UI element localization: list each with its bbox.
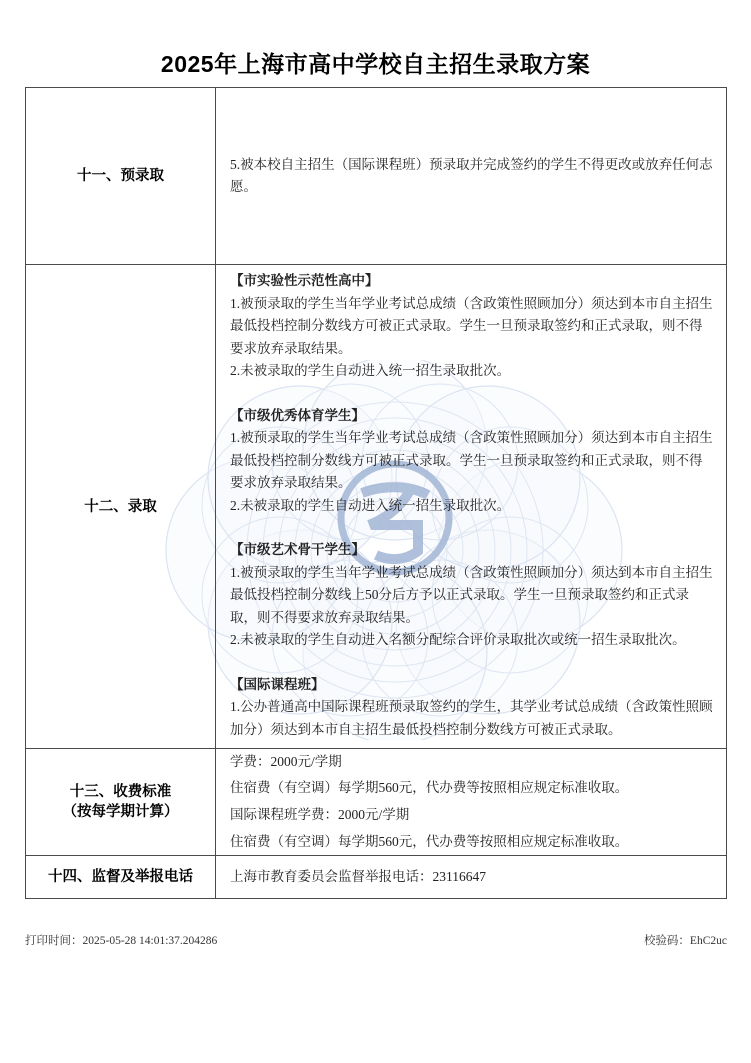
checksum-text: 校验码：EhC2uc	[644, 932, 727, 948]
row-label-text: 十二、录取	[84, 497, 157, 517]
section-item: 2.未被录取的学生自动进入名额分配综合评价录取批次或统一招生录取批次。	[230, 629, 714, 652]
fee-line: 住宿费（有空调）每学期560元，代办费等按照相应规定标准收取。	[230, 829, 714, 856]
section-item: 2.未被录取的学生自动进入统一招生录取批次。	[230, 495, 714, 518]
document-title: 2025年上海市高中学校自主招生录取方案	[0, 46, 751, 79]
section-heading: 【市级优秀体育学生】	[230, 405, 714, 428]
row-label-supervision-phone: 十四、监督及举报电话	[26, 856, 216, 898]
pre-admission-text: 5.被本校自主招生（国际课程班）预录取并完成签约的学生不得更改或放弃任何志愿。	[230, 154, 714, 199]
section-item: 2.未被录取的学生自动进入统一招生录取批次。	[230, 360, 714, 383]
row-label-text: 十一、预录取	[77, 166, 164, 186]
document-page: 2025年上海市高中学校自主招生录取方案 十一、预录取 5.被本校自主招生（国际…	[0, 0, 751, 1063]
fee-line: 住宿费（有空调）每学期560元，代办费等按照相应规定标准收取。	[230, 775, 714, 802]
section-sports-students: 【市级优秀体育学生】 1.被预录取的学生当年学业考试总成绩（含政策性照顾加分）须…	[230, 405, 714, 518]
print-time-text: 打印时间：2025-05-28 14:01:37.204286	[25, 932, 217, 948]
fee-line: 国际课程班学费：2000元/学期	[230, 802, 714, 829]
row-label-subtext: （按每学期计算）	[63, 802, 179, 822]
row-content-pre-admission: 5.被本校自主招生（国际课程班）预录取并完成签约的学生不得更改或放弃任何志愿。	[216, 88, 726, 265]
section-item: 1.被预录取的学生当年学业考试总成绩（含政策性照顾加分）须达到本市自主招生最低投…	[230, 293, 714, 361]
row-content-fees: 学费：2000元/学期 住宿费（有空调）每学期560元，代办费等按照相应规定标准…	[216, 749, 726, 856]
row-label-text: 十四、监督及举报电话	[48, 867, 193, 887]
row-content-supervision-phone: 上海市教育委员会监督举报电话：23116647	[216, 856, 726, 898]
row-label-text: 十三、收费标准	[70, 782, 172, 802]
section-international-program: 【国际课程班】 1.公办普通高中国际课程班预录取签约的学生，其学业考试总成绩（含…	[230, 674, 714, 742]
row-label-fees: 十三、收费标准 （按每学期计算）	[26, 749, 216, 856]
row-content-admission: 【市实验性示范性高中】 1.被预录取的学生当年学业考试总成绩（含政策性照顾加分）…	[216, 265, 726, 749]
row-label-pre-admission: 十一、预录取	[26, 88, 216, 265]
admission-plan-table: 十一、预录取 5.被本校自主招生（国际课程班）预录取并完成签约的学生不得更改或放…	[25, 87, 727, 899]
row-label-admission: 十二、录取	[26, 265, 216, 749]
footer: 打印时间：2025-05-28 14:01:37.204286 校验码：EhC2…	[25, 932, 727, 948]
section-item: 1.被预录取的学生当年学业考试总成绩（含政策性照顾加分）须达到本市自主招生最低投…	[230, 562, 714, 630]
section-heading: 【国际课程班】	[230, 674, 714, 697]
section-heading: 【市实验性示范性高中】	[230, 270, 714, 293]
section-experimental-hs: 【市实验性示范性高中】 1.被预录取的学生当年学业考试总成绩（含政策性照顾加分）…	[230, 270, 714, 383]
section-heading: 【市级艺术骨干学生】	[230, 539, 714, 562]
section-item: 1.被预录取的学生当年学业考试总成绩（含政策性照顾加分）须达到本市自主招生最低投…	[230, 427, 714, 495]
supervision-phone-text: 上海市教育委员会监督举报电话：23116647	[230, 866, 486, 889]
fee-line: 学费：2000元/学期	[230, 749, 714, 776]
section-art-students: 【市级艺术骨干学生】 1.被预录取的学生当年学业考试总成绩（含政策性照顾加分）须…	[230, 539, 714, 652]
section-item: 1.公办普通高中国际课程班预录取签约的学生，其学业考试总成绩（含政策性照顾加分）…	[230, 696, 714, 741]
